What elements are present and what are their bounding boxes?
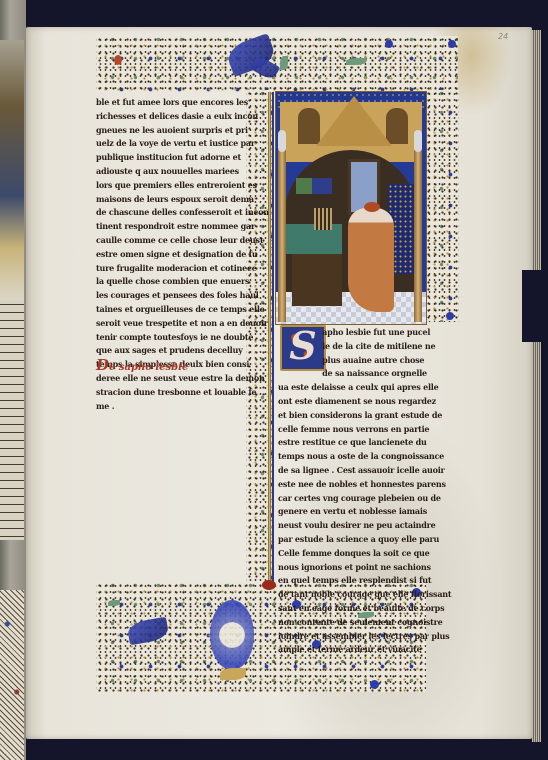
statue-right [414,130,422,152]
facing-page-miniature [0,40,24,300]
text-line: tinent respondroit estre nommee gar [96,220,240,234]
text-line: car certes vng courage plebeien ou de [278,492,418,506]
blue-flower-icon [385,40,393,48]
text-line: de sa lignee . Cest assauoir icelle auoi… [278,464,418,478]
blue-flower-icon [446,312,454,320]
facing-page-text [0,300,24,540]
text-line: lors que premiers elles entreroient es [96,179,240,193]
text-line: maisons de leurs espoux seroit dema [96,193,240,207]
leaf-icon [108,600,120,606]
text-line: la quelle chose combien que enuers [96,275,240,289]
miniature-sappho [276,92,426,324]
text-line: seroit veue trespetite et non a en deuoi… [96,317,240,331]
text-line: ua este delaisse a ceulx qui apres elle [278,381,418,395]
facing-page-border [0,590,24,760]
column-left [278,150,286,322]
text-line: en quel temps elle resplendist si fut [278,574,418,588]
text-line: de sa naissance orgnelle [278,367,418,381]
chapter-rubric: De sapho lesbie [96,356,188,374]
text-line: de chascune delles confesseroit et incon [96,206,240,220]
text-line: par estude la science a quoy elle paru [278,533,418,547]
text-line: estre omen signe et designation de fu [96,248,240,262]
text-line: ble et fut amee lors que encores les [96,96,240,110]
text-line: stracion dune tresbonne et louable fe [96,386,240,400]
top-border-decoration [96,36,458,92]
text-line: et bien considerons la grant estude de [278,409,418,423]
text-line: gneues ne les auoient surpris et pri [96,124,240,138]
wooden-cabinet [292,254,342,306]
shelf-books [296,178,332,194]
text-line: temps nous a oste de la congnoissance [278,450,418,464]
text-line: ture frugalite moderacion et cotinece [96,262,240,276]
text-line: caulle comme ce celle chose leur deust [96,234,240,248]
folio-number: 24 [498,32,508,41]
statue-left [278,130,286,152]
right-text-column: apho lesbie fut une pucel le de la cite … [278,326,424,657]
sappho-figure [348,208,394,312]
text-line: richesses et delices dasie a eulx incon [96,110,240,124]
text-line: apho lesbie fut une pucel [278,326,418,340]
text-line: tenir compte toutesfoys ie ne doubte [96,331,240,345]
blue-flower-icon [448,40,456,48]
text-line: adiouste q aux nouuelles mariees [96,165,240,179]
text-line: de tant noble courage que elle florissan… [278,588,418,602]
text-line: nous ignorions et point ne sachions [278,561,418,575]
text-line: non contente de seulement cognoistre [278,616,418,630]
text-line: genere en vertu et noblesse iamais [278,505,418,519]
column-right [414,150,422,322]
acanthus-bottom-center-icon [210,600,254,670]
rubric-initial: D [96,356,109,374]
text-line: le de la cite de mitilene ne [278,340,418,354]
text-line: les courages et pensees des foles haul [96,289,240,303]
sappho-hair [364,202,380,212]
text-line: neust voulu desirer ne peu actaindre [278,519,418,533]
leaf-icon [280,56,288,70]
text-line: Celle femme donques la soit ce que [278,547,418,561]
text-line: me . [96,400,240,414]
gold-bar-rule [268,92,271,584]
text-line: este nee de nobles et honnestes parens [278,478,418,492]
binding-tab [522,270,548,342]
gothic-gable [316,96,392,146]
text-line: estre restitue ce que lancienete du [278,436,418,450]
rubric-text: e sapho lesbie [109,362,188,373]
text-line: sant en eage forme et beaulte de corps [278,602,418,616]
red-flower-icon [114,55,122,65]
text-line: ont este diamenent se nous regardez [278,395,418,409]
text-line: ample et ferme ardeur et viuacite [278,643,418,657]
text-line: ioindre et assembler les lectres par plu… [278,630,418,644]
gold-leaf-icon [220,668,246,680]
portative-organ [314,208,332,230]
text-line: uelz de la voye de vertu et iustice par [96,137,240,151]
right-border-decoration [425,90,459,322]
blue-flower-icon [370,680,379,689]
bar-terminal-ornament [262,580,276,590]
text-line: taines et orgueilleuses de ce temps elle [96,303,240,317]
text-line: plus auaine autre chose [278,354,418,368]
text-line: celle femme nous verrons en partie [278,423,418,437]
text-line: publique institucion fut adorne et [96,151,240,165]
text-line: deree elle ne seust veue estre la demon [96,372,240,386]
facing-page-edge [0,0,26,760]
blue-bar-rule [272,92,274,584]
page-stack-edge [532,30,541,742]
leaf-icon [346,58,366,65]
